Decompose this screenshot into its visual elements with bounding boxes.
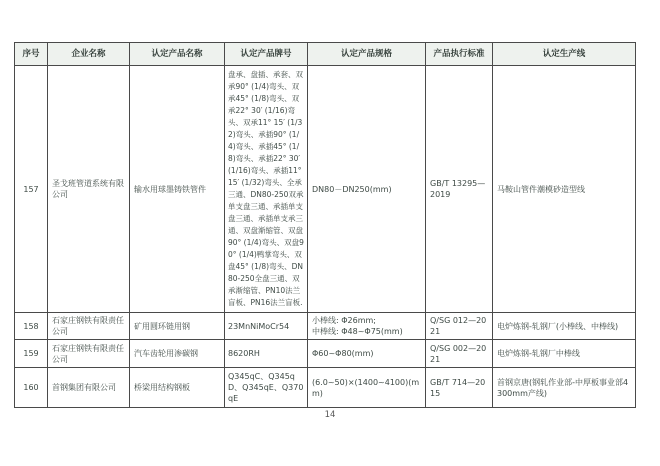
- cell-spec: (6.0~50)×(1400~4100)(mm): [308, 368, 426, 408]
- cell-production-line: 电炉炼钢-轧钢厂(小棒线、中棒线): [493, 313, 636, 340]
- cell-product-name: 桥梁用结构钢板: [130, 368, 225, 408]
- table-row: 160 首钢集团有限公司 桥梁用结构钢板 Q345qC、Q345qD、Q345q…: [15, 368, 636, 408]
- cell-brand: Q345qC、Q345qD、Q345qE、Q370qE: [225, 368, 308, 408]
- col-header-seq: 序号: [15, 43, 48, 66]
- cell-product-name: 输水用球墨铸铁管件: [130, 66, 225, 313]
- col-header-product-name: 认定产品名称: [130, 43, 225, 66]
- cell-seq: 158: [15, 313, 48, 340]
- cell-standard: Q/SG 002—2021: [426, 340, 493, 368]
- cell-spec: Φ60~Φ80(mm): [308, 340, 426, 368]
- col-header-production-line: 认定生产线: [493, 43, 636, 66]
- cell-standard: GB/T 714—2015: [426, 368, 493, 408]
- table-row: 157 圣戈班管道系统有限公司 输水用球墨铸铁管件 盘承、盘插、承套、双承90°…: [15, 66, 636, 313]
- cell-spec: 小棒线: Φ26mm; 中棒线: Φ48~Φ75(mm): [308, 313, 426, 340]
- cell-seq: 159: [15, 340, 48, 368]
- document-page: 序号 企业名称 认定产品名称 认定产品牌号 认定产品规格 产品执行标准 认定生产…: [0, 0, 660, 466]
- col-header-brand: 认定产品牌号: [225, 43, 308, 66]
- cell-production-line: 首钢京唐(钢轧作业部-中厚板事业部4300mm产线): [493, 368, 636, 408]
- cell-brand: 23MnNiMoCr54: [225, 313, 308, 340]
- cell-product-name: 汽车齿轮用渗碳钢: [130, 340, 225, 368]
- cell-product-name: 矿用圆环链用钢: [130, 313, 225, 340]
- cell-brand: 盘承、盘插、承套、双承90° (1/4)弯头、双承45° (1/8)弯头、双承2…: [225, 66, 308, 313]
- page-number: 14: [0, 410, 660, 420]
- cell-standard: Q/SG 012—2021: [426, 313, 493, 340]
- cell-standard: GB/T 13295—2019: [426, 66, 493, 313]
- col-header-standard: 产品执行标准: [426, 43, 493, 66]
- cell-company: 圣戈班管道系统有限公司: [48, 66, 130, 313]
- certified-products-table: 序号 企业名称 认定产品名称 认定产品牌号 认定产品规格 产品执行标准 认定生产…: [14, 42, 636, 408]
- col-header-spec: 认定产品规格: [308, 43, 426, 66]
- cell-production-line: 电炉炼钢-轧钢厂中棒线: [493, 340, 636, 368]
- cell-production-line: 马鞍山管件潮模砂造型线: [493, 66, 636, 313]
- cell-company: 石家庄钢铁有限责任公司: [48, 313, 130, 340]
- cell-spec: DN80－DN250(mm): [308, 66, 426, 313]
- col-header-company: 企业名称: [48, 43, 130, 66]
- table-header-row: 序号 企业名称 认定产品名称 认定产品牌号 认定产品规格 产品执行标准 认定生产…: [15, 43, 636, 66]
- table-row: 159 石家庄钢铁有限责任公司 汽车齿轮用渗碳钢 8620RH Φ60~Φ80(…: [15, 340, 636, 368]
- cell-company: 首钢集团有限公司: [48, 368, 130, 408]
- cell-seq: 157: [15, 66, 48, 313]
- cell-seq: 160: [15, 368, 48, 408]
- cell-brand: 8620RH: [225, 340, 308, 368]
- cell-company: 石家庄钢铁有限责任公司: [48, 340, 130, 368]
- table-row: 158 石家庄钢铁有限责任公司 矿用圆环链用钢 23MnNiMoCr54 小棒线…: [15, 313, 636, 340]
